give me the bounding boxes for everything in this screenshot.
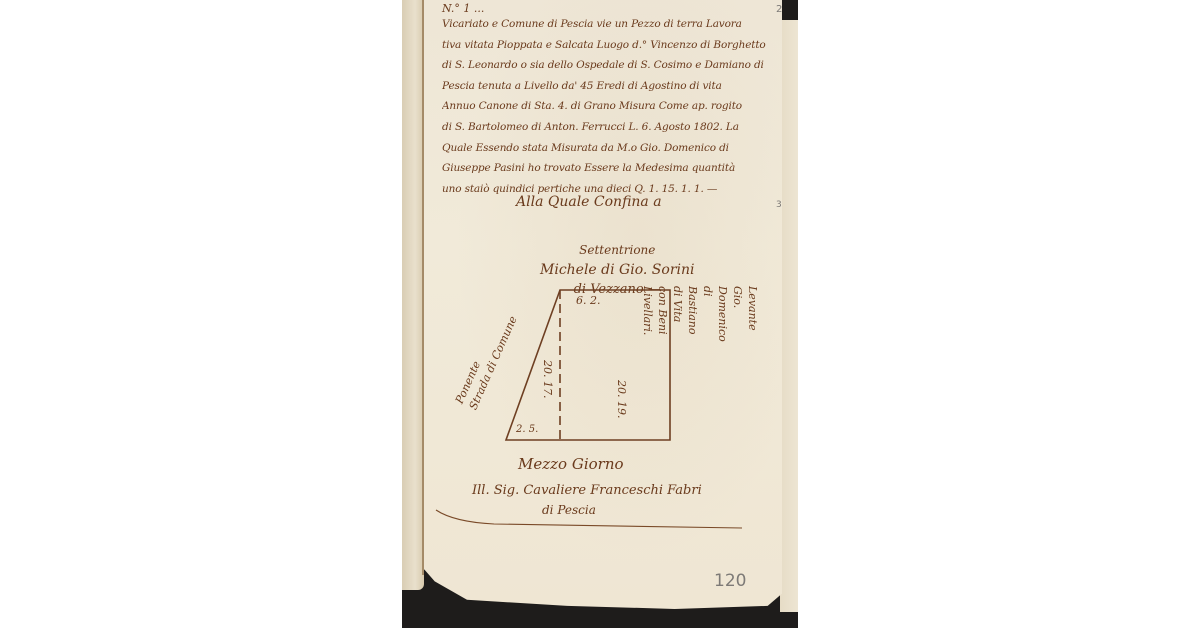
manuscript-scan: N.° 1 ... 25/8 Vicariato e Comune di Pes… [402,0,798,628]
paragraph-line: Vicariato e Comune di Pescia vie un Pezz… [442,14,782,35]
page-number: 120 [714,571,746,591]
north-owner: Michele di Gio. Sorini [540,260,695,280]
south-owner: Ill. Sig. Cavaliere Franceschi Fabri [472,483,702,498]
north-direction: Settentrione [540,240,695,260]
east-owner-line3: Livellari. [640,286,655,342]
paragraph-line: Pescia tenuta a Livello da' 45 Eredi di … [442,76,782,97]
paragraph-line: di S. Bartolomeo di Anton. Ferrucci L. 6… [442,117,782,138]
east-direction: Levante [745,286,760,342]
paragraph-line: Annuo Canone di Sta. 4. di Grano Misura … [442,96,782,117]
paragraph-line: tiva vitata Pioppata e Salcata Luogo d.°… [442,35,782,56]
paragraph-line: di S. Leonardo o sia dello Ospedale di S… [442,55,782,76]
plan-right-measure: 20. 19. [615,380,628,418]
boundaries-heading: Alla Quale Confina a [516,194,662,210]
east-owner-line2: di Vita con Beni [655,286,685,342]
plan-bottom-measure: 2. 5. [516,424,538,435]
manuscript-page: N.° 1 ... 25/8 Vicariato e Comune di Pes… [424,0,782,612]
closing-rule-line [434,506,744,530]
plan-top-measure: 6. 2. [576,294,601,307]
east-owner-line1: Gio. Domenico di Bastiano [685,286,745,342]
east-boundary: Levante Gio. Domenico di Bastiano di Vit… [640,286,760,342]
right-page-edge [780,20,798,612]
binding-gutter [422,0,424,575]
south-direction: Mezzo Giorno [518,455,624,473]
plan-dashed-measure: 20. 17. [541,360,554,398]
left-page-edge [402,0,424,590]
entry-paragraph: Vicariato e Comune di Pescia vie un Pezz… [442,14,782,199]
paragraph-line: Giuseppe Pasini ho trovato Essere la Med… [442,158,782,179]
paragraph-line: Quale Essendo stata Misurata da M.o Gio.… [442,138,782,159]
